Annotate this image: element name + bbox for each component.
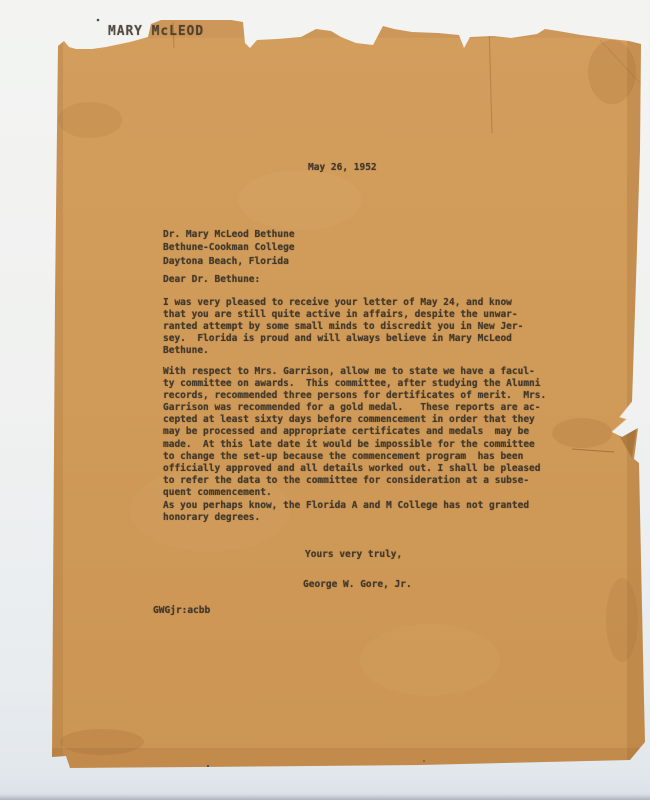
document-paper — [0, 0, 650, 800]
scan-background: MARY McLEOD May 26, 1952 Dr. Mary McLeod… — [0, 0, 650, 800]
pencil-speck — [97, 19, 100, 22]
dust-speck — [423, 760, 425, 762]
dust-speck — [207, 765, 209, 767]
scanner-edge-shadow — [0, 794, 650, 800]
